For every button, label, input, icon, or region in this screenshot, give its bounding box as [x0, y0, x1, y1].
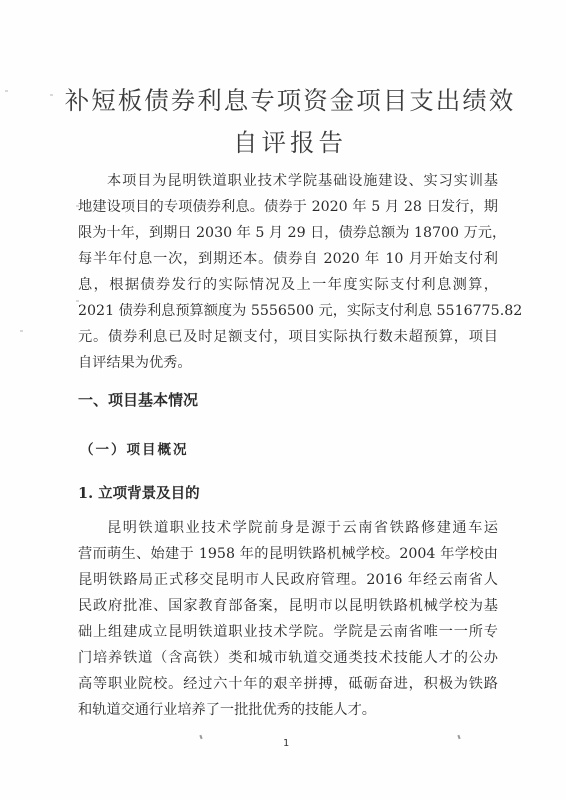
- scan-mark-icon: [199, 735, 202, 739]
- paragraph-line: 础上组建成立昆明铁道职业技术学院。学院是云南省唯一一所专: [78, 619, 498, 645]
- document-page: 补短板债券利息专项资金项目支出绩效 自评报告 本项目为昆明铁道职业技术学院基础设…: [0, 0, 566, 800]
- item-heading-background-purpose: 1. 立项背景及目的: [78, 482, 200, 503]
- paragraph-line: 本项目为昆明铁道职业技术学院基础设施建设、实习实训基: [78, 168, 498, 194]
- paragraph-line: 元。债券利息已及时足额支付，项目实际执行数未超预算，项目: [78, 324, 498, 350]
- document-title-line-1: 补短板债券利息专项资金项目支出绩效: [60, 82, 520, 117]
- scan-mark-icon: [457, 735, 460, 739]
- intro-paragraph: 本项目为昆明铁道职业技术学院基础设施建设、实习实训基 地建设项目的专项债券利息。…: [78, 168, 498, 376]
- scan-mark-icon: [76, 205, 79, 207]
- paragraph-line: 昆明铁路局正式移交昆明市人民政府管理。2016 年经云南省人: [78, 567, 498, 593]
- paragraph-line: 息，根据债券发行的实际情况及上一年度实际支付利息测算，: [78, 272, 498, 298]
- paragraph-line: 地建设项目的专项债券利息。债券于 2020 年 5 月 28 日发行，期: [78, 194, 498, 220]
- scan-mark-icon: [20, 330, 23, 332]
- paragraph-line: 限为十年，到期日 2030 年 5 月 29 日，债券总额为 18700 万元，: [78, 220, 498, 246]
- paragraph-line: 自评结果为优秀。: [78, 350, 498, 376]
- paragraph-line: 2021 债券利息预算额度为 5556500 元，实际支付利息 5516775.…: [78, 298, 498, 324]
- paragraph-line: 营而萌生、始建于 1958 年的昆明铁路机械学校。2004 年学校由: [78, 541, 498, 567]
- document-title-line-2: 自评报告: [60, 124, 520, 159]
- scan-mark-icon: [50, 94, 53, 96]
- paragraph-line: 门培养铁道（含高铁）类和城市轨道交通类技术技能人才的公办: [78, 645, 498, 671]
- paragraph-line: 高等职业院校。经过六十年的艰辛拼搏，砥砺奋进，积极为铁路: [78, 671, 498, 697]
- scan-mark-icon: [76, 300, 79, 302]
- scan-mark-icon: [5, 90, 8, 92]
- paragraph-line: 每半年付息一次，到期还本。债券自 2020 年 10 月开始支付利: [78, 246, 498, 272]
- section-heading-project-basics: 一、项目基本情况: [78, 389, 198, 410]
- page-number: 1: [280, 738, 292, 749]
- paragraph-line: 昆明铁道职业技术学院前身是源于云南省铁路修建通车运: [78, 515, 498, 541]
- paragraph-line: 民政府批准、国家教育部备案，昆明市以昆明铁路机械学校为基: [78, 593, 498, 619]
- subsection-heading-project-overview: （一）项目概况: [80, 438, 189, 458]
- paragraph-line: 和轨道交通行业培养了一批批优秀的技能人才。: [78, 697, 498, 723]
- background-paragraph: 昆明铁道职业技术学院前身是源于云南省铁路修建通车运 营而萌生、始建于 1958 …: [78, 515, 498, 723]
